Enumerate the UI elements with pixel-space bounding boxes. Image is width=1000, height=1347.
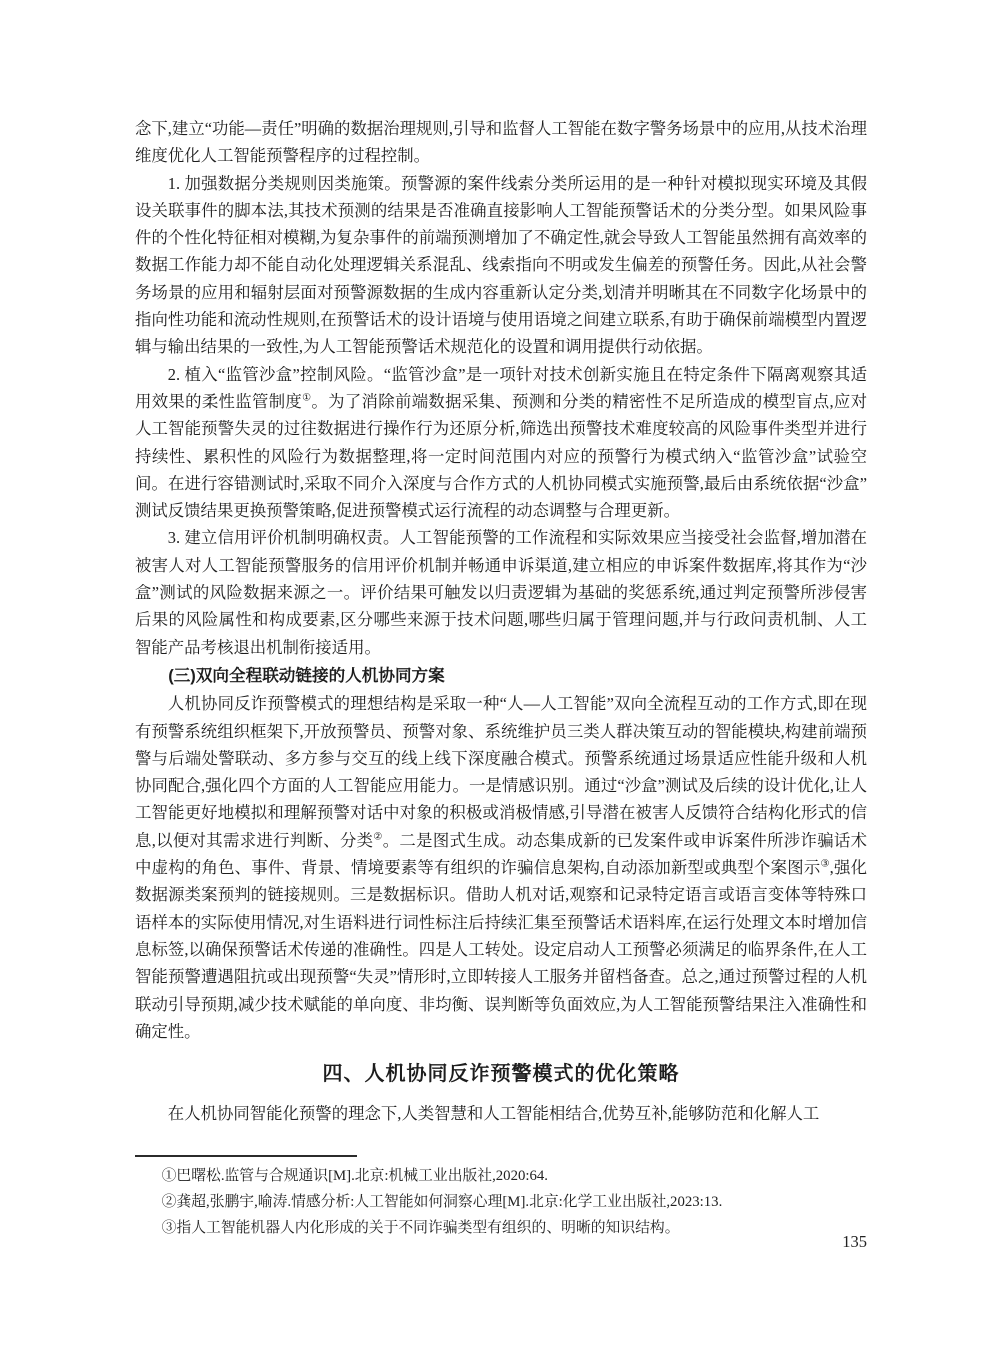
footnote-list: ①巴曙松.监管与合规通识[M].北京:机械工业出版社,2020:64.②龚超,张…: [135, 1163, 867, 1241]
footnote-item: ②龚超,张鹏宇,喻涛.情感分析:人工智能如何洞察心理[M].北京:化学工业出版社…: [135, 1189, 867, 1215]
footnote-ref: ②: [373, 831, 382, 842]
footnote-separator: [135, 1155, 357, 1157]
document-page: 念下,建立“功能—责任”明确的数据治理规则,引导和监督人工智能在数字警务场景中的…: [0, 0, 1000, 1347]
footnote-area: ①巴曙松.监管与合规通识[M].北京:机械工业出版社,2020:64.②龚超,张…: [135, 1150, 867, 1241]
paragraph: 3. 建立信用评价机制明确权责。人工智能预警的工作流程和实际效果应当接受社会监督…: [135, 524, 867, 660]
paragraph: 人机协同反诈预警模式的理想结构是采取一种“人—人工智能”双向全流程互动的工作方式…: [135, 690, 867, 1045]
paragraph: 2. 植入“监管沙盒”控制风险。“监管沙盒”是一项针对技术创新实施且在特定条件下…: [135, 361, 867, 525]
page-number: 135: [842, 1232, 867, 1252]
section-heading: 四、人机协同反诈预警模式的优化策略: [135, 1062, 867, 1086]
paragraph: 念下,建立“功能—责任”明确的数据治理规则,引导和监督人工智能在数字警务场景中的…: [135, 115, 867, 170]
paragraph: 1. 加强数据分类规则因类施策。预警源的案件线索分类所运用的是一种针对模拟现实环…: [135, 170, 867, 361]
footnote-item: ③指人工智能机器人内化形成的关于不同诈骗类型有组织的、明晰的知识结构。: [135, 1215, 867, 1241]
footnote-ref: ①: [302, 393, 311, 404]
footnote-item: ①巴曙松.监管与合规通识[M].北京:机械工业出版社,2020:64.: [135, 1163, 867, 1189]
subsection-heading: (三)双向全程联动链接的人机协同方案: [135, 662, 867, 689]
paragraph: 在人机协同智能化预警的理念下,人类智慧和人工智能相结合,优势互补,能够防范和化解…: [135, 1100, 867, 1127]
article-body: 念下,建立“功能—责任”明确的数据治理规则,引导和监督人工智能在数字警务场景中的…: [135, 115, 867, 1127]
footnote-ref: ③: [820, 859, 829, 870]
